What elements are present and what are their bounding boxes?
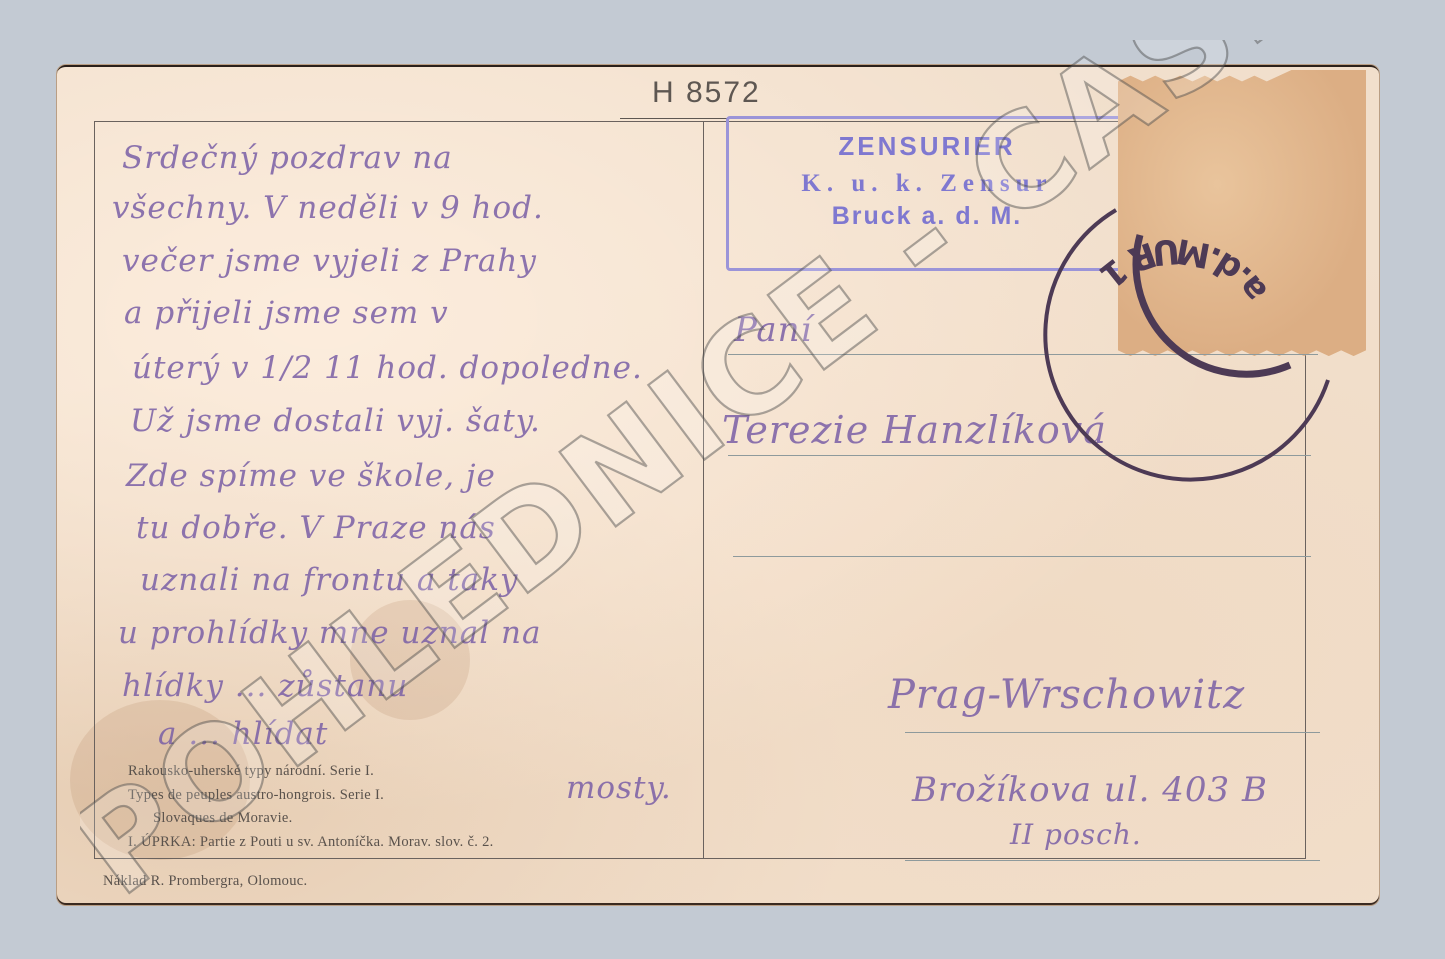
address-line [905,732,1320,733]
message-line: večer jsme vyjeli z Prahy [122,243,537,279]
address-city: Prag-Wrschowitz [888,672,1245,718]
message-line: Zde spíme ve škole, je [126,458,496,494]
caption-line: Rakousko-uherské typy národní. Serie I. [128,763,374,780]
message-line: a ... hlídat [158,716,328,752]
message-line: u prohlídky mne uznal na [118,615,541,651]
caption-line: Slovaques de Moravie. [153,810,293,827]
message-address-divider [703,121,704,859]
pencil-inventory-note: H 8572 [652,76,761,110]
caption-line: Types de peuples austro-hongrois. Serie … [128,787,384,804]
message-line: úterý v 1/2 11 hod. dopoledne. [132,350,643,386]
postmark-text: a.d.MUR 1 [1092,230,1276,310]
caption-line: I. ÚPRKA: Partie z Pouti u sv. Antoníčka… [128,834,494,851]
address-line [733,556,1311,557]
address-street: Brožíkova ul. 403 B [912,770,1268,810]
postmark-circle: a.d.MUR 1 [1020,180,1340,500]
message-line: hlídky ... zůstanu [122,668,408,704]
address-floor: II posch. [1010,818,1142,851]
message-line: mosty. [566,770,672,806]
message-line: Srdečný pozdrav na [122,140,453,176]
address-line [905,860,1320,861]
message-line: tu dobře. V Praze nás [136,510,496,546]
svg-text:a.d.MUR 1: a.d.MUR 1 [1092,230,1276,310]
message-line: uznali na frontu a taky [140,562,519,598]
message-line: a přijeli jsme sem v [124,295,449,331]
address-salutation: Paní [734,310,812,350]
message-line: Už jsme dostali vyj. šaty. [130,403,541,439]
censor-line: ZENSURIER [729,133,1125,159]
publisher-imprint: Náklad R. Prombergra, Olomouc. [103,873,307,890]
message-line: všechny. V neděli v 9 hod. [112,190,544,226]
